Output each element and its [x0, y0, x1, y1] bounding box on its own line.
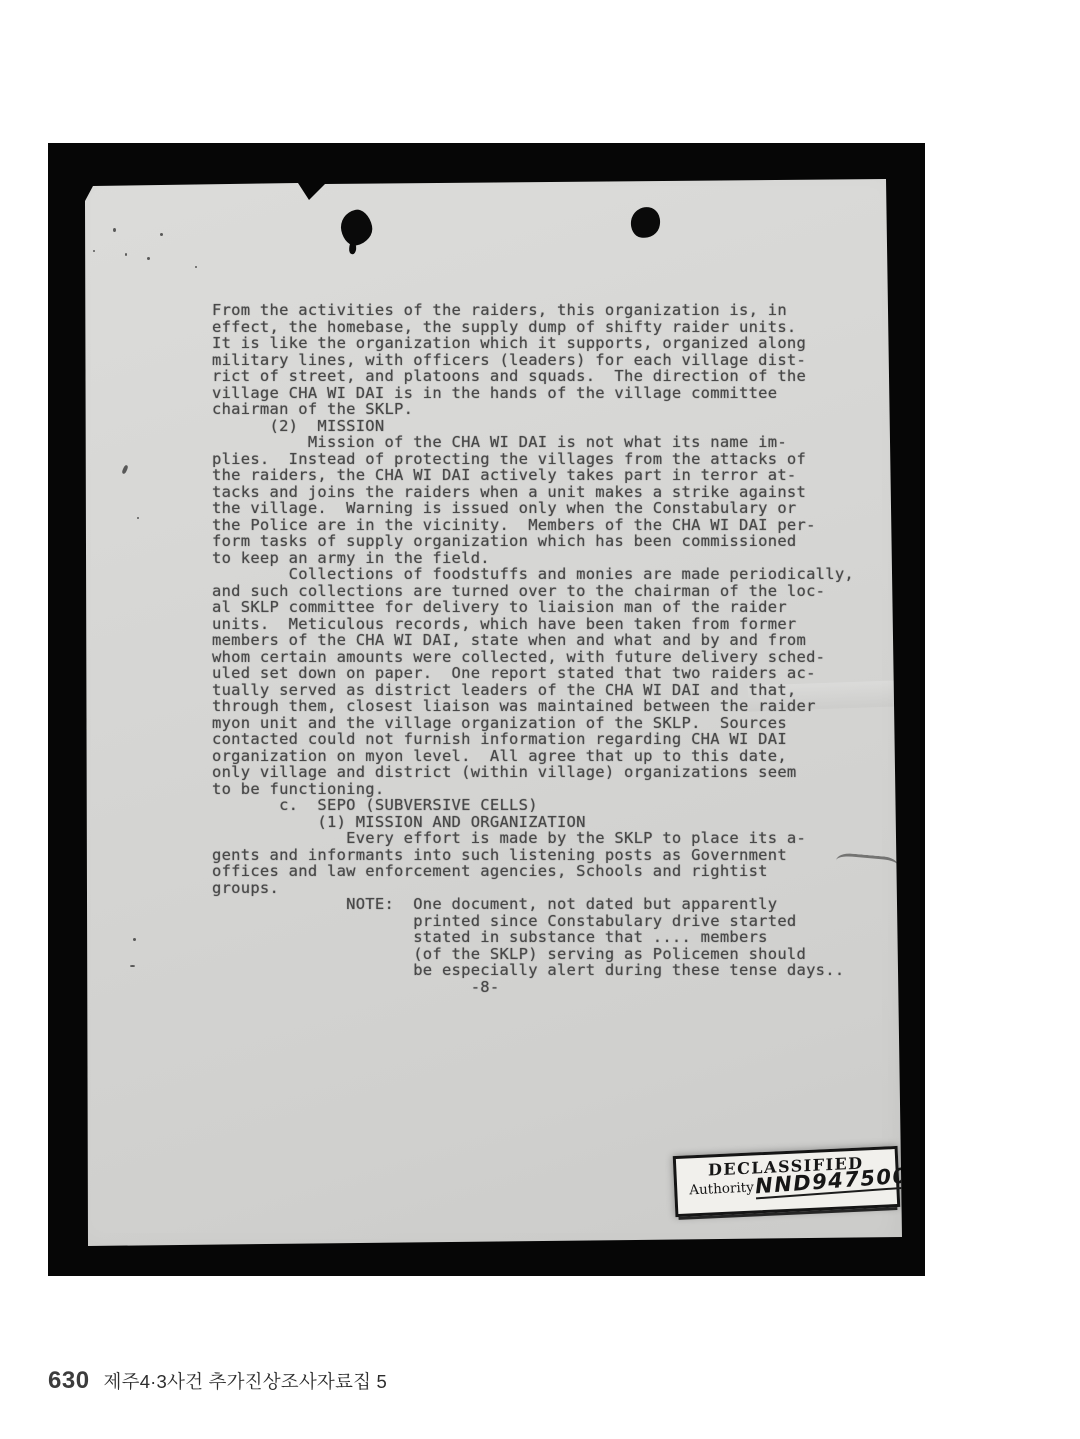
- paper-speck: [133, 938, 136, 941]
- paper-speck: [137, 517, 139, 519]
- heading-mission-and-organization: (1) MISSION AND ORGANIZATION: [212, 814, 902, 831]
- heading-sepo-subversive-cells: c. SEPO (SUBVERSIVE CELLS): [212, 797, 902, 814]
- paper-speck: [113, 228, 116, 232]
- paragraph-mission-body: Mission of the CHA WI DAI is not what it…: [212, 434, 902, 797]
- declassified-stamp: DECLASSIFIED Authority NND947500: [673, 1146, 901, 1217]
- book-title-caption: 제주4·3사건 추가진상조사자료집 5: [104, 1368, 387, 1394]
- document-page-number: -8-: [212, 979, 902, 996]
- paragraph-organization-overview: From the activities of the raiders, this…: [212, 302, 902, 418]
- typewritten-text-column: From the activities of the raiders, this…: [212, 302, 902, 995]
- paragraph-sepo-body: Every effort is made by the SKLP to plac…: [212, 830, 902, 896]
- paper-speck: [93, 250, 95, 252]
- page: From the activities of the raiders, this…: [0, 0, 1080, 1439]
- paper-speck: [147, 257, 150, 260]
- paper-speck: [125, 253, 127, 256]
- book-footer: 630 제주4·3사건 추가진상조사자료집 5: [48, 1367, 387, 1395]
- heading-mission: (2) MISSION: [212, 418, 902, 435]
- document-paper: From the activities of the raiders, this…: [48, 143, 925, 1276]
- scan-background: From the activities of the raiders, this…: [48, 143, 925, 1276]
- paper-speck: [195, 266, 197, 268]
- paper-speck: [130, 965, 135, 967]
- book-page-number: 630: [48, 1367, 90, 1395]
- stamp-authority-label: Authority: [689, 1179, 754, 1198]
- paper-speck: [160, 233, 163, 236]
- note-block: NOTE: One document, not dated but appare…: [212, 896, 902, 979]
